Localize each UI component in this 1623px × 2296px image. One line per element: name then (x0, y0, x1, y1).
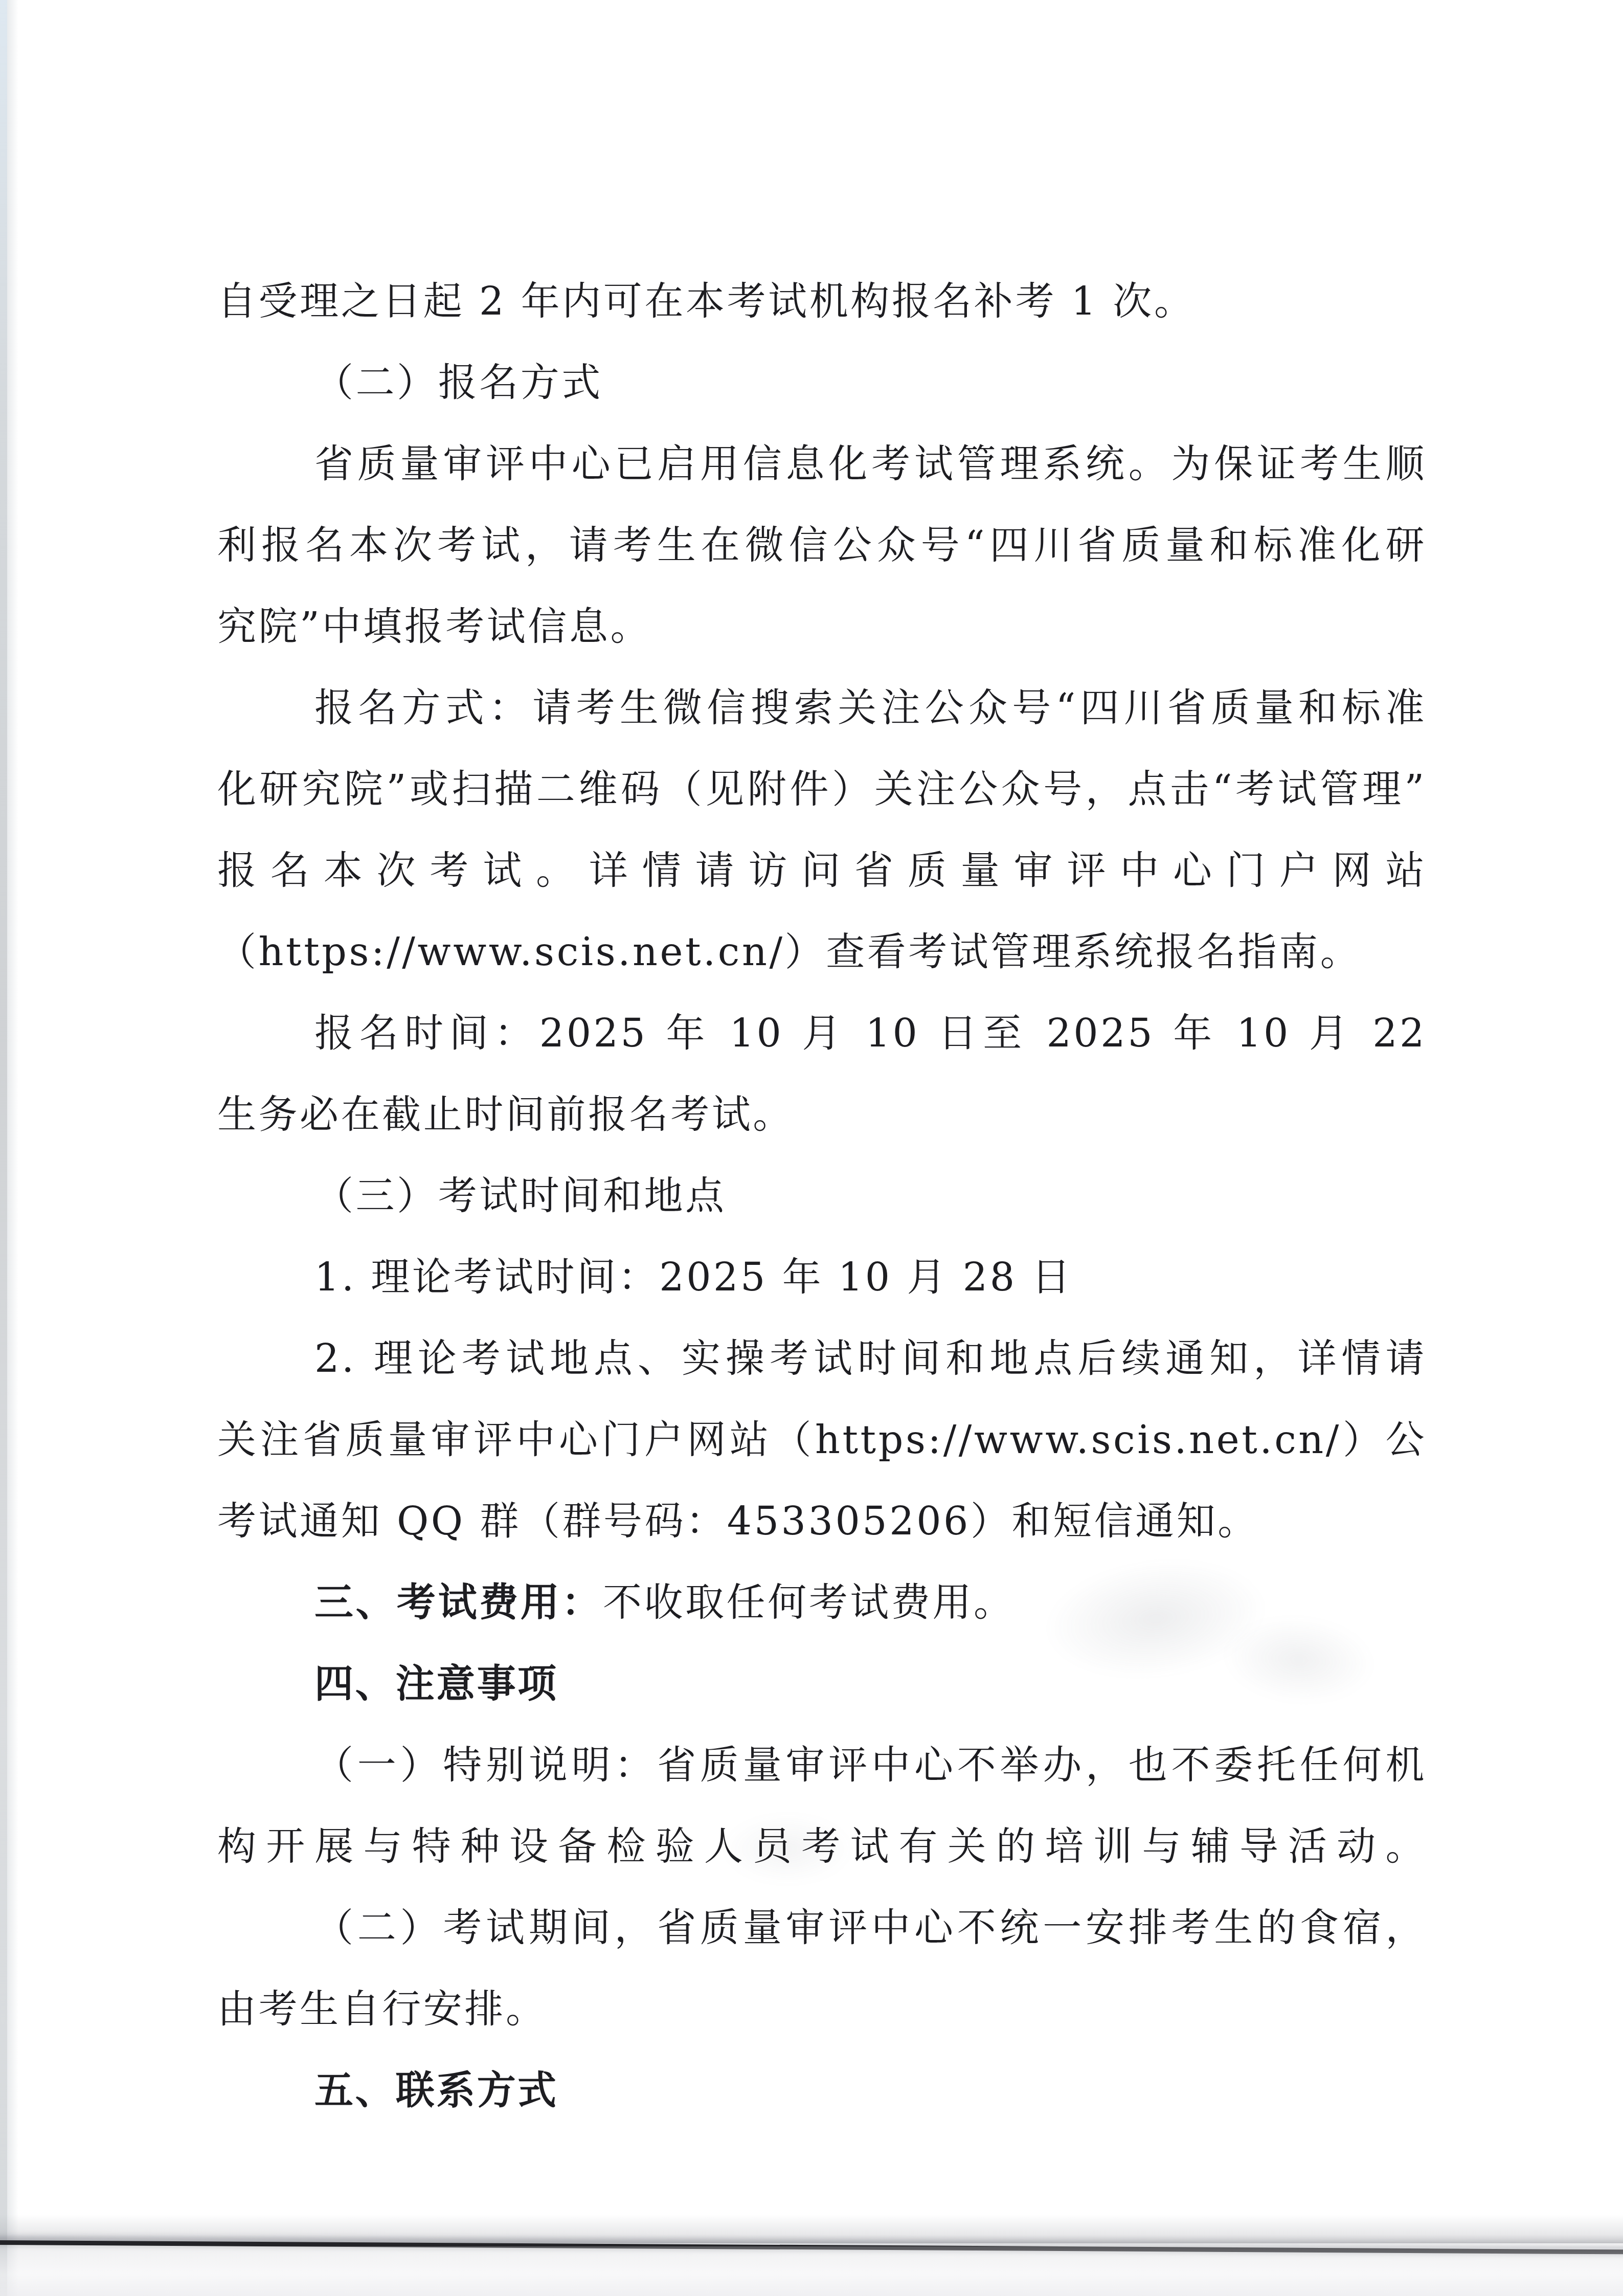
item-exam-location-notice-line-3-qq-group: 考试通知 QQ 群（群号码：453305206）和短信通知。 (217, 1480, 1427, 1562)
body-line-carryover-retake: 自受理之日起 2 年内可在本考试机构报名补考 1 次。 (217, 260, 1427, 342)
scan-below-edge-area (0, 2246, 1623, 2296)
para-howto-register-line-3: 报名本次考试。详情请访问省质量审评中心门户网站 (217, 830, 1427, 911)
para-registration-period-line-2: 生务必在截止时间前报名考试。 (217, 1074, 1427, 1155)
para-howto-register-line-1: 报名方式：请考生微信搜索关注公众号“四川省质量和标准 (217, 667, 1427, 748)
item-exam-location-notice-line-1: 2. 理论考试地点、实操考试时间和地点后续通知，详情请 (217, 1318, 1427, 1399)
heading-notes: 四、注意事项 (217, 1643, 1427, 1724)
para-accommodation-line-2: 由考生自行安排。 (217, 1968, 1427, 2049)
notice-text-block: 自受理之日起 2 年内可在本考试机构报名补考 1 次。 （二）报名方式 省质量审… (217, 260, 1427, 2131)
scanned-notice-page: 自受理之日起 2 年内可在本考试机构报名补考 1 次。 （二）报名方式 省质量审… (0, 0, 1623, 2296)
subheading-exam-time-location: （三）考试时间和地点 (217, 1155, 1427, 1236)
heading-exam-fee-label: 三、考试费用： (314, 1579, 603, 1625)
scanner-left-edge-shadow (7, 0, 18, 2296)
heading-exam-fee-line: 三、考试费用：不收取任何考试费用。 (217, 1562, 1427, 1643)
scanner-left-edge-strip (0, 0, 7, 2296)
para-howto-register-line-4-website-url: （https://www.scis.net.cn/）查看考试管理系统报名指南。 (217, 911, 1427, 992)
para-exam-system-line-3: 究院”中填报考试信息。 (217, 586, 1427, 667)
para-exam-system-line-1: 省质量审评中心已启用信息化考试管理系统。为保证考生顺 (217, 423, 1427, 504)
para-howto-register-line-2: 化研究院”或扫描二维码（见附件）关注公众号，点击“考试管理” (217, 748, 1427, 830)
heading-contact-info: 五、联系方式 (217, 2049, 1427, 2131)
subheading-registration-method: （二）报名方式 (217, 342, 1427, 423)
item-exam-location-notice-line-2-website-url: 关注省质量审评中心门户网站（https://www.scis.net.cn/）公… (217, 1399, 1427, 1480)
para-accommodation-line-1: （二）考试期间，省质量审评中心不统一安排考生的食宿， (217, 1887, 1427, 1968)
item-theory-exam-date: 1. 理论考试时间：2025 年 10 月 28 日 (217, 1236, 1427, 1318)
para-registration-period-line-1: 报名时间：2025 年 10 月 10 日至 2025 年 10 月 22 日，… (217, 992, 1427, 1074)
para-special-note-line-1: （一）特别说明：省质量审评中心不举办，也不委托任何机 (217, 1724, 1427, 1805)
scan-bottom-shadow (0, 2215, 1623, 2243)
para-special-note-line-2: 构开展与特种设备检验人员考试有关的培训与辅导活动。 (217, 1805, 1427, 1887)
para-exam-system-line-2: 利报名本次考试，请考生在微信公众号“四川省质量和标准化研 (217, 504, 1427, 586)
exam-fee-text: 不收取任何考试费用。 (603, 1579, 1015, 1625)
